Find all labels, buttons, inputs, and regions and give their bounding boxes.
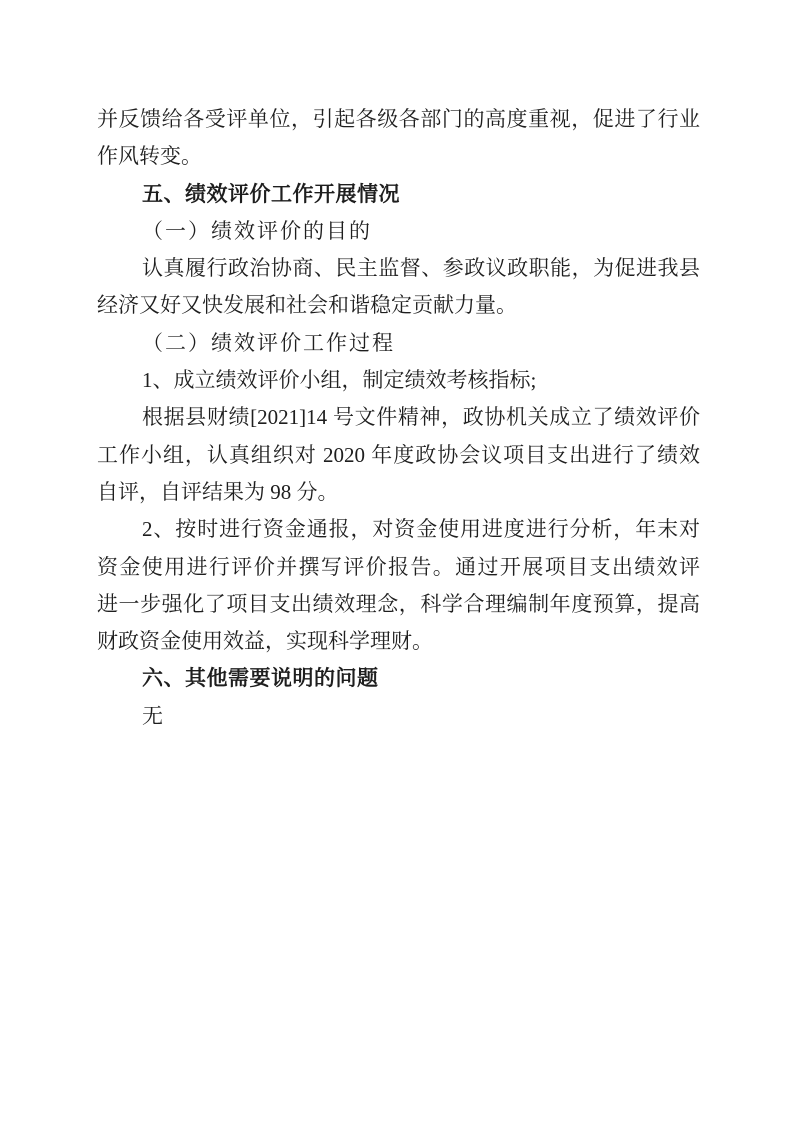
text-line: 根据县财绩[2021]14 号文件精神，政协机关成立了绩效评价 bbox=[97, 399, 700, 436]
subsection-heading-line: （一）绩效评价的目的 bbox=[97, 213, 700, 250]
document-page: 并反馈给各受评单位，引起各级各部门的高度重视，促进了行业作风转变。五、绩效评价工… bbox=[0, 0, 793, 1122]
text-line: 经济又好又快发展和社会和谐稳定贡献力量。 bbox=[97, 287, 700, 324]
text-line: 作风转变。 bbox=[97, 138, 700, 175]
text-line: 财政资金使用效益，实现科学理财。 bbox=[97, 623, 700, 660]
subsection-heading-line: （二）绩效评价工作过程 bbox=[97, 325, 700, 362]
section-heading-line: 六、其他需要说明的问题 bbox=[97, 660, 700, 697]
text-line: 资金使用进行评价并撰写评价报告。通过开展项目支出绩效评价， bbox=[97, 549, 700, 586]
text-line: 无 bbox=[97, 698, 700, 735]
text-line: 1、成立绩效评价小组，制定绩效考核指标; bbox=[97, 362, 700, 399]
text-line: 自评，自评结果为 98 分。 bbox=[97, 474, 700, 511]
section-heading-line: 五、绩效评价工作开展情况 bbox=[97, 176, 700, 213]
text-line: 进一步强化了项目支出绩效理念，科学合理编制年度预算，提高 bbox=[97, 586, 700, 623]
text-line: 并反馈给各受评单位，引起各级各部门的高度重视，促进了行业 bbox=[97, 101, 700, 138]
text-line: 2、按时进行资金通报，对资金使用进度进行分析，年末对 bbox=[97, 511, 700, 548]
document-text-block: 并反馈给各受评单位，引起各级各部门的高度重视，促进了行业作风转变。五、绩效评价工… bbox=[97, 101, 700, 735]
text-line: 认真履行政治协商、民主监督、参政议政职能，为促进我县 bbox=[97, 250, 700, 287]
text-line: 工作小组，认真组织对 2020 年度政协会议项目支出进行了绩效 bbox=[97, 437, 700, 474]
